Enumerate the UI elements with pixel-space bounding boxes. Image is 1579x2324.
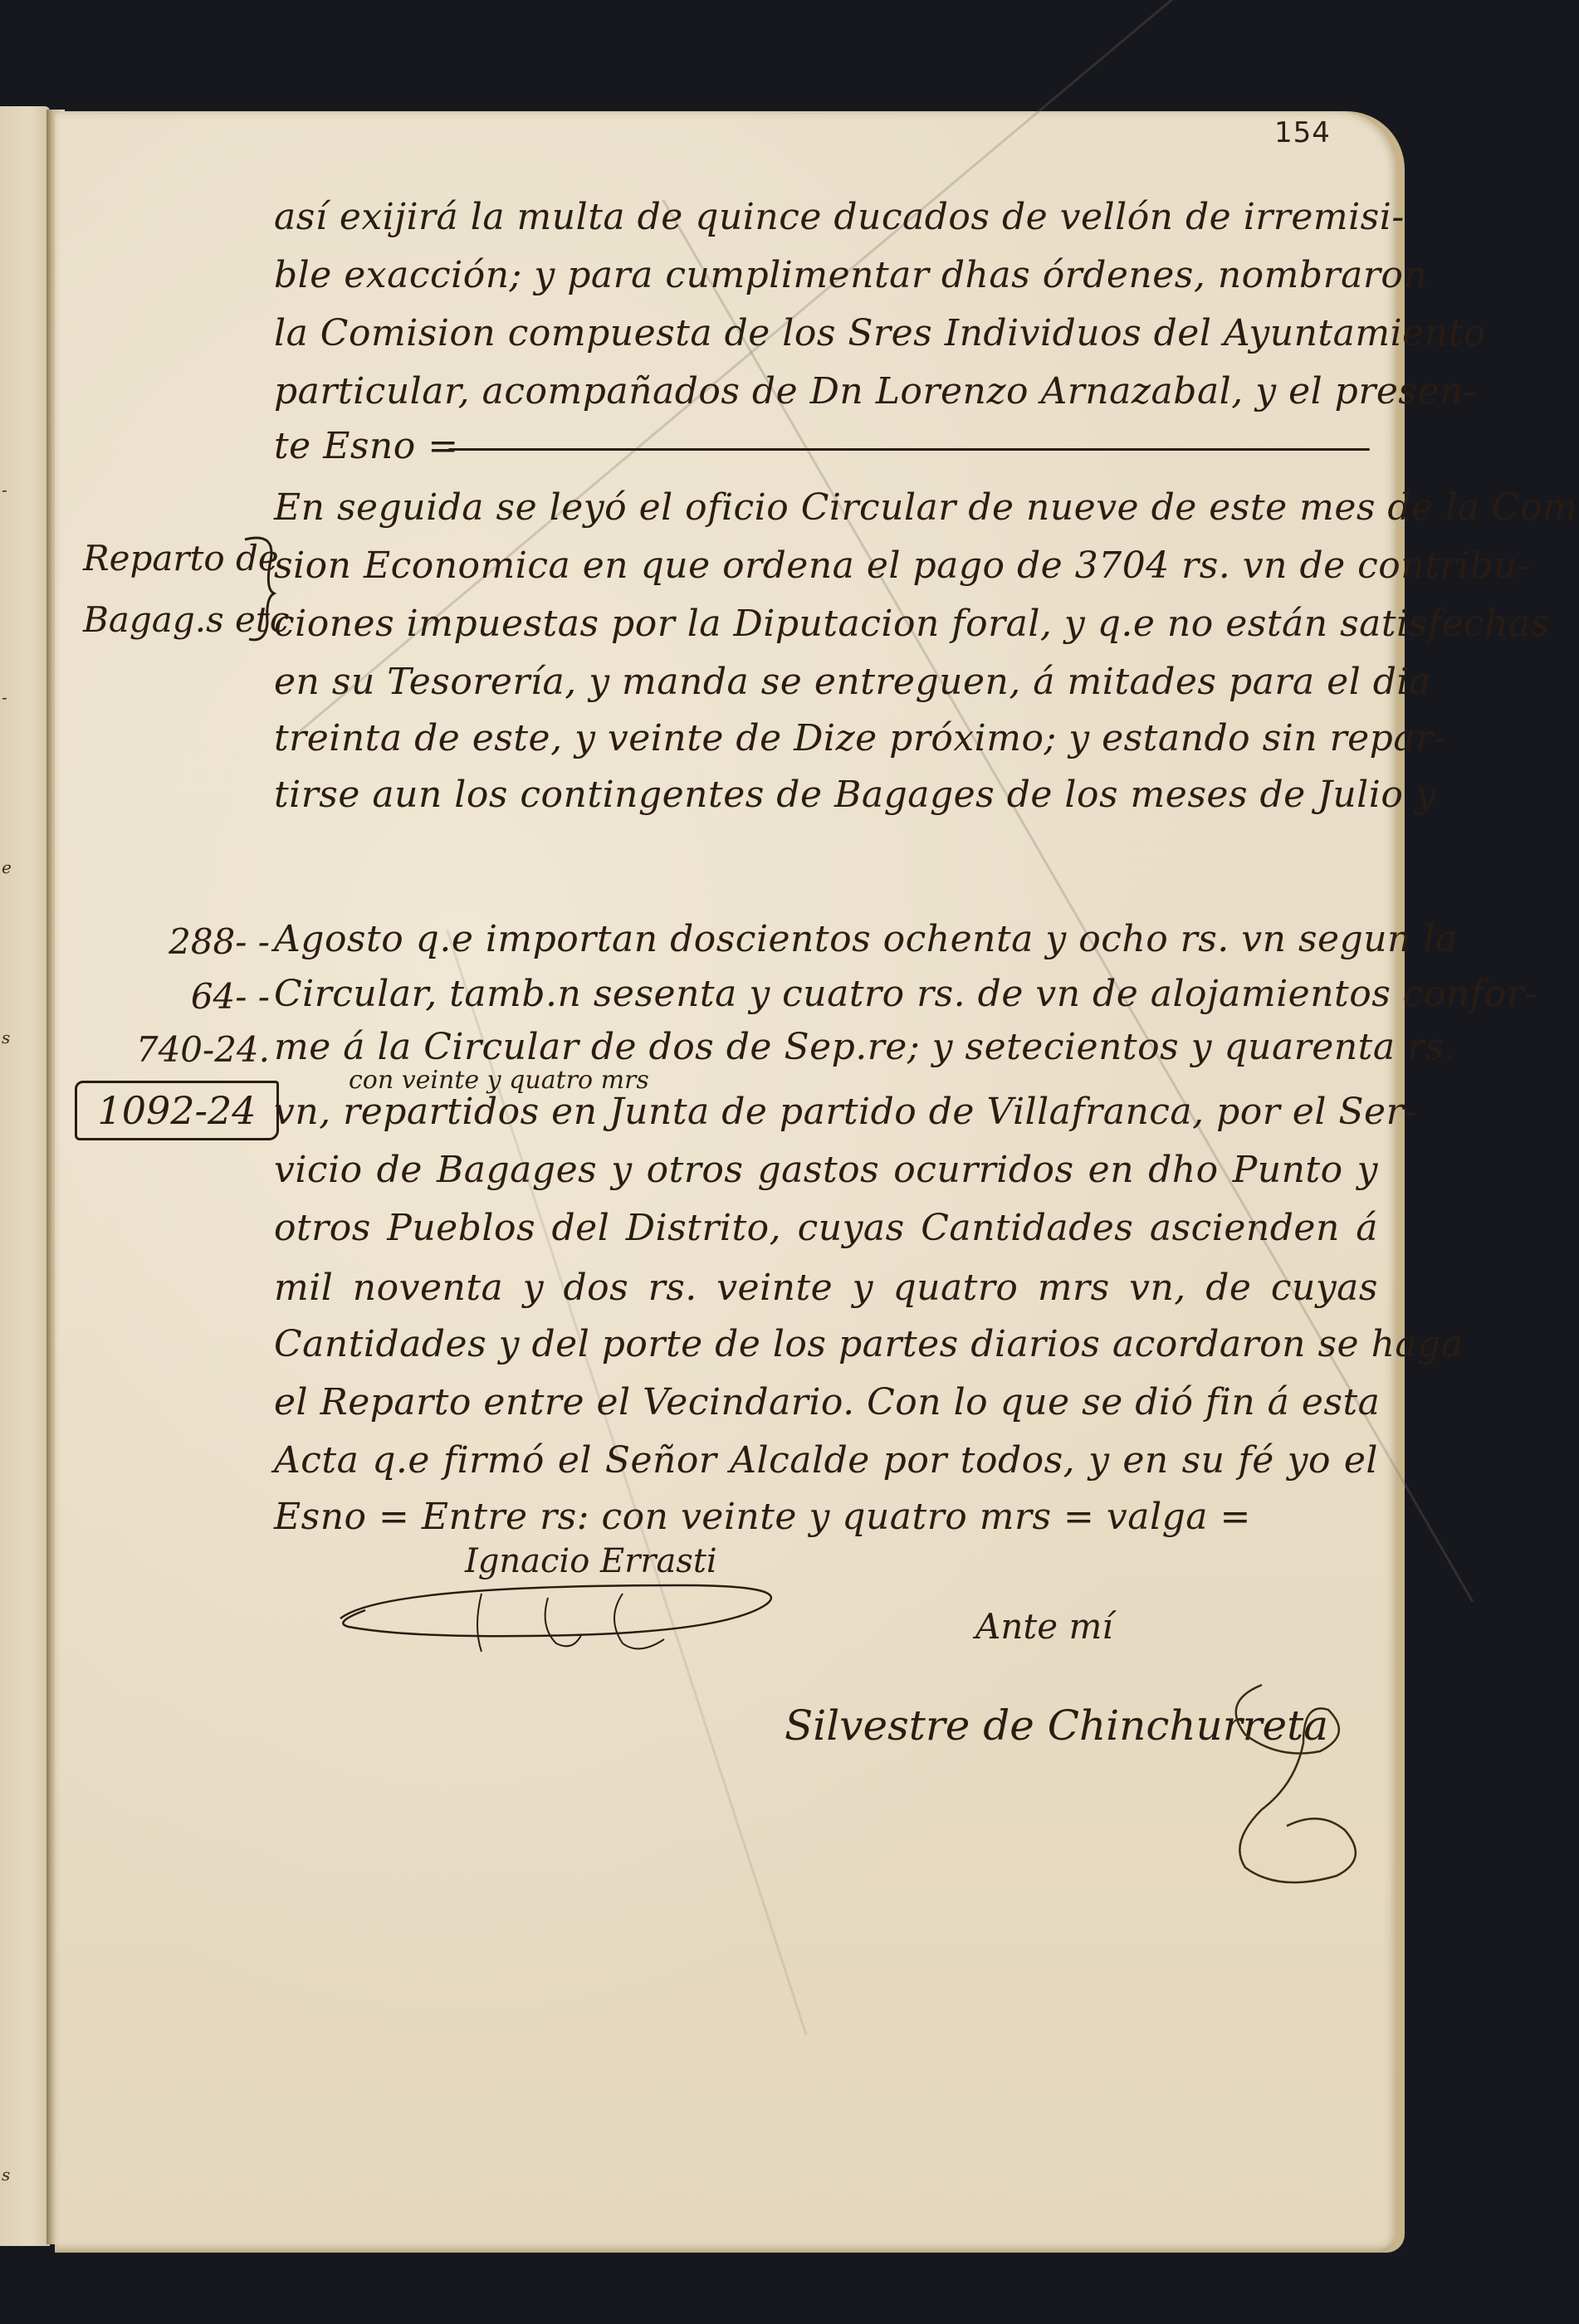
signature-flourish-chinchurreta (1212, 1668, 1378, 1892)
text-line-2: ble exacción; y para cumplimentar dhas ó… (274, 257, 1378, 294)
facing-page-mark: - (2, 687, 7, 707)
text-line-18: mil noventa y dos rs. veinte y quatro mr… (274, 1270, 1378, 1306)
margin-amount-64: 64- - (87, 976, 270, 1017)
text-line-3: la Comision compuesta de los Sres Indivi… (274, 315, 1378, 352)
margin-total-box: 1092-24 (75, 1081, 279, 1140)
text-line-9: en su Tesorería, y manda se entreguen, á… (274, 664, 1378, 701)
text-line-17: otros Pueblos del Distrito, cuyas Cantid… (274, 1210, 1378, 1247)
text-line-21: Acta q.e firmó el Señor Alcalde por todo… (274, 1443, 1378, 1479)
text-line-22: Esno = Entre rs: con veinte y quatro mrs… (274, 1499, 1251, 1535)
esno-line-rule (448, 448, 1370, 451)
text-line-10: treinta de este, y veinte de Dize próxim… (274, 720, 1378, 757)
text-line-20: el Reparto entre el Vecindario. Con lo q… (274, 1384, 1378, 1421)
text-line-11: tirse aun los contingentes de Bagages de… (274, 777, 1378, 813)
text-line-12: Agosto q.e importan doscientos ochenta y… (274, 921, 1378, 958)
text-line-7: sion Economica en que ordena el pago de … (274, 548, 1378, 584)
text-line-1: así exijirá la multa de quince ducados d… (274, 199, 1378, 236)
text-line-4: particular, acompañados de Dn Lorenzo Ar… (274, 373, 1378, 410)
facing-page-mark: - (2, 480, 7, 500)
text-line-5: te Esno = (274, 428, 459, 465)
text-line-15: vn, repartidos en Junta de partido de Vi… (274, 1094, 1378, 1130)
facing-page-mark: s (2, 1028, 10, 1047)
margin-amount-740: 740-24. (87, 1029, 270, 1070)
text-line-6: En seguida se leyó el oficio Circular de… (274, 490, 1378, 526)
ante-mi-attestation: Ante mí (975, 1606, 1113, 1647)
text-line-14: me á la Circular de dos de Sep.re; y set… (274, 1029, 1378, 1066)
text-line-16: vicio de Bagages y otros gastos ocurrido… (274, 1152, 1378, 1189)
text-line-13: Circular, tamb.n sesenta y cuatro rs. de… (274, 976, 1378, 1013)
facing-page-mark: e (2, 857, 12, 877)
text-line-19: Cantidades y del porte de los partes dia… (274, 1326, 1378, 1363)
signature-flourish-errasti (332, 1560, 830, 1660)
text-line-8: ciones impuestas por la Diputacion foral… (274, 606, 1378, 642)
folio-number: 154 (1274, 116, 1331, 149)
facing-page-edge: - - e s s (0, 106, 50, 2246)
facing-page-mark: s (2, 2165, 10, 2185)
margin-amount-288: 288- - (87, 921, 270, 962)
